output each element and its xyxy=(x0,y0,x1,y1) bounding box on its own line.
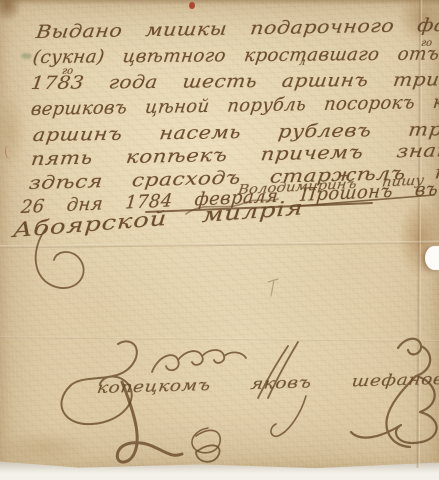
manuscript-line-2: (сукна) цвѣтного кроставшаго отъ прошила xyxy=(32,43,439,69)
manuscript-scan: Выдано мишкы подарочного фалованья (сукн… xyxy=(0,0,439,480)
superscript-go-1783: го xyxy=(61,66,73,77)
green-smudge xyxy=(21,53,32,59)
manuscript-line-3: 1783 года шесть аршинъ тринатцатъ xyxy=(30,68,439,94)
superscript-go-line2: го xyxy=(420,38,432,49)
torn-edge-notch xyxy=(425,246,439,270)
red-ink-spot xyxy=(189,2,195,9)
